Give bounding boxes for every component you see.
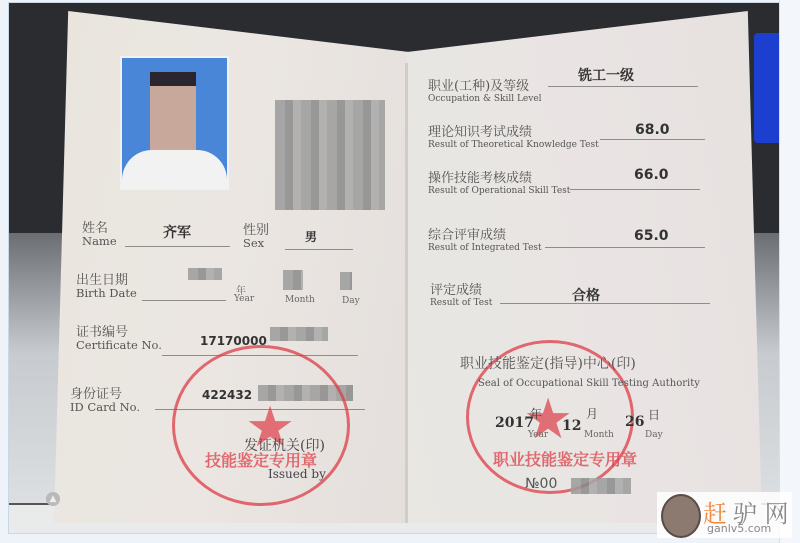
- hair: [150, 72, 196, 86]
- stamp-text: 职业技能鉴定专用章: [493, 447, 637, 470]
- day-en: Day: [342, 296, 360, 306]
- redacted-serial: [571, 478, 631, 494]
- underline: [285, 249, 353, 250]
- serial-number: №00: [525, 476, 557, 492]
- id-photo: [120, 56, 229, 190]
- name-label: 姓名Name: [82, 222, 117, 248]
- issued-by-label: 发证机关(印): [244, 440, 325, 453]
- result-label: 评定成绩Result of Test: [430, 284, 492, 310]
- redacted-certificate-no: [270, 327, 328, 341]
- year-cn: 年: [530, 405, 542, 422]
- birth-date-label: 出生日期Birth Date: [76, 274, 137, 300]
- donkey-icon: [661, 494, 701, 538]
- result-value: 合格: [572, 285, 600, 305]
- date-month: 12: [562, 418, 581, 434]
- date-year: 2017: [495, 415, 534, 431]
- month-en: Month: [584, 430, 614, 440]
- date-day: 26: [625, 414, 644, 430]
- issued-by-en: Issued by: [268, 468, 326, 481]
- integrated-value: 65.0: [634, 228, 669, 244]
- id-card-label: 身份证号ID Card No.: [70, 388, 140, 414]
- redacted-birth-month: [283, 270, 303, 290]
- day-en: Day: [645, 430, 663, 440]
- authority-label: 职业技能鉴定(指导)中心(印): [460, 358, 636, 371]
- theoretical-value: 68.0: [635, 122, 670, 138]
- year-en: Year: [528, 430, 548, 440]
- shirt: [122, 150, 227, 190]
- underline: [545, 247, 705, 248]
- month-en: Month: [285, 295, 315, 305]
- name-value: 齐军: [163, 222, 191, 242]
- underline: [142, 300, 226, 301]
- book-spine: [405, 63, 408, 523]
- window-edge: [779, 0, 800, 543]
- underline: [125, 246, 230, 247]
- day-cn: 日: [648, 406, 660, 423]
- underline: [570, 189, 700, 190]
- occupation-value: 铣工一级: [578, 65, 634, 85]
- underline: [500, 303, 710, 304]
- operational-label: 操作技能考核成绩Result of Operational Skill Test: [428, 172, 570, 198]
- redacted-seal: [275, 100, 385, 210]
- underline: [548, 86, 698, 87]
- year-en: Year: [234, 294, 254, 304]
- watermark-logo: 赶 驴 网 ganlv5.com: [657, 492, 792, 538]
- theoretical-label: 理论知识考试成绩Result of Theoretical Knowledge …: [428, 126, 599, 152]
- certificate-no-label: 证书编号Certificate No.: [76, 326, 162, 352]
- integrated-label: 综合评审成绩Result of Integrated Test: [428, 229, 542, 255]
- redacted-birth-year: [188, 268, 222, 280]
- page-mark-icon: ▲: [46, 492, 60, 506]
- logo-url: ganlv5.com: [707, 522, 771, 535]
- operational-value: 66.0: [634, 167, 669, 183]
- sex-label: 性别Sex: [243, 224, 269, 250]
- blue-object: [754, 33, 780, 143]
- occupation-label: 职业(工种)及等级Occupation & Skill Level: [428, 80, 542, 106]
- month-cn: 月: [586, 405, 598, 422]
- authority-en: Seal of Occupational Skill Testing Autho…: [478, 377, 700, 390]
- underline: [600, 139, 705, 140]
- sex-value: 男: [305, 228, 317, 245]
- redacted-birth-day: [340, 272, 352, 290]
